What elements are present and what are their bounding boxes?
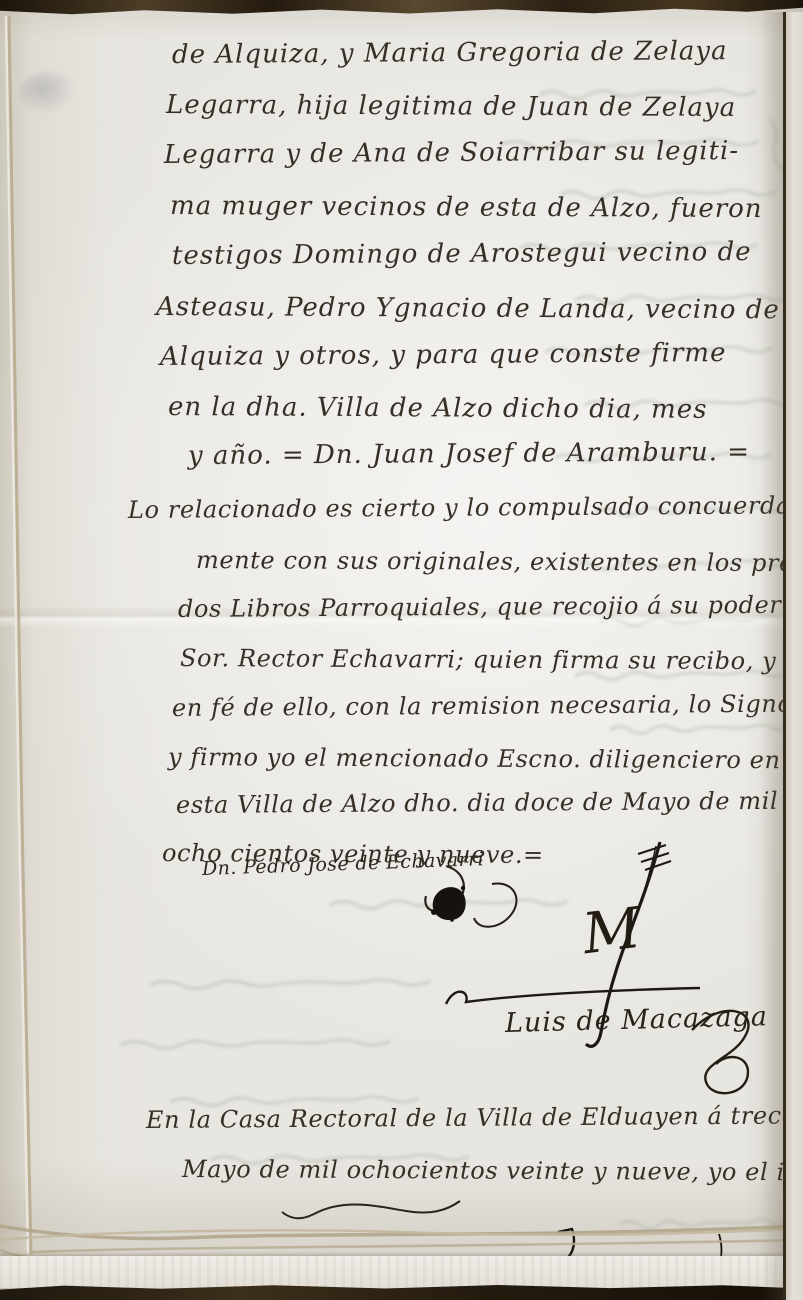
manuscript-line: en la dha. Villa de Alzo dicho dia, mes — [168, 392, 708, 425]
manuscript-line: Legarra, hija legitima de Juan de Zelaya — [166, 90, 736, 123]
manuscript-line: en fé de ello, con la remision necesaria… — [172, 690, 793, 722]
next-page-edge — [783, 12, 803, 1300]
manuscript-line: ma muger vecinos de esta de Alzo, fueron — [170, 191, 763, 224]
closing-squiggle — [282, 1201, 460, 1218]
manuscript-line: Mayo de mil ochocientos veinte y nueve, … — [182, 1155, 803, 1186]
manuscript-line: Lo relacionado es cierto y lo compulsado… — [128, 491, 803, 524]
top-binding-edge — [0, 0, 803, 15]
signature-notary: Luis de Macazaga — [505, 1001, 769, 1039]
manuscript-line: testigos Domingo de Arostegui vecino de — [172, 237, 752, 271]
manuscript-line: Sor. Rector Echavarri; quien firma su re… — [180, 644, 777, 675]
manuscript-line: mente con sus originales, existentes en … — [196, 546, 803, 577]
manuscript-line: dos Libros Parroquiales, que recojio á s… — [178, 590, 803, 623]
stray-mark — [558, 1229, 574, 1259]
fore-edge-band — [0, 1256, 803, 1288]
manuscript-page: de Alquiza, y Maria Gregoria de Zelaya L… — [0, 0, 803, 1300]
pencil-smudge — [20, 72, 76, 114]
rector-rubric — [425, 866, 464, 912]
notarial-monogram: M — [579, 896, 644, 968]
ink-blot — [433, 887, 466, 920]
manuscript-line: Legarra y de Ana de Soiarribar su legiti… — [164, 136, 739, 170]
manuscript-line: esta Villa de Alzo dho. dia doce de Mayo… — [176, 787, 778, 819]
manuscript-line: En la Casa Rectoral de la Villa de Eldua… — [146, 1101, 803, 1134]
manuscript-line: de Alquiza, y Maria Gregoria de Zelaya — [172, 36, 728, 70]
manuscript-line: y año. = Dn. Juan Josef de Aramburu. = — [188, 437, 750, 471]
manuscript-line: Asteasu, Pedro Ygnacio de Landa, vecino … — [156, 292, 780, 325]
blot-flourish — [474, 883, 516, 926]
manuscript-line: y firmo yo el mencionado Escno. diligenc… — [168, 743, 781, 774]
manuscript-line: Alquiza y otros, y para que conste firme — [160, 338, 727, 372]
